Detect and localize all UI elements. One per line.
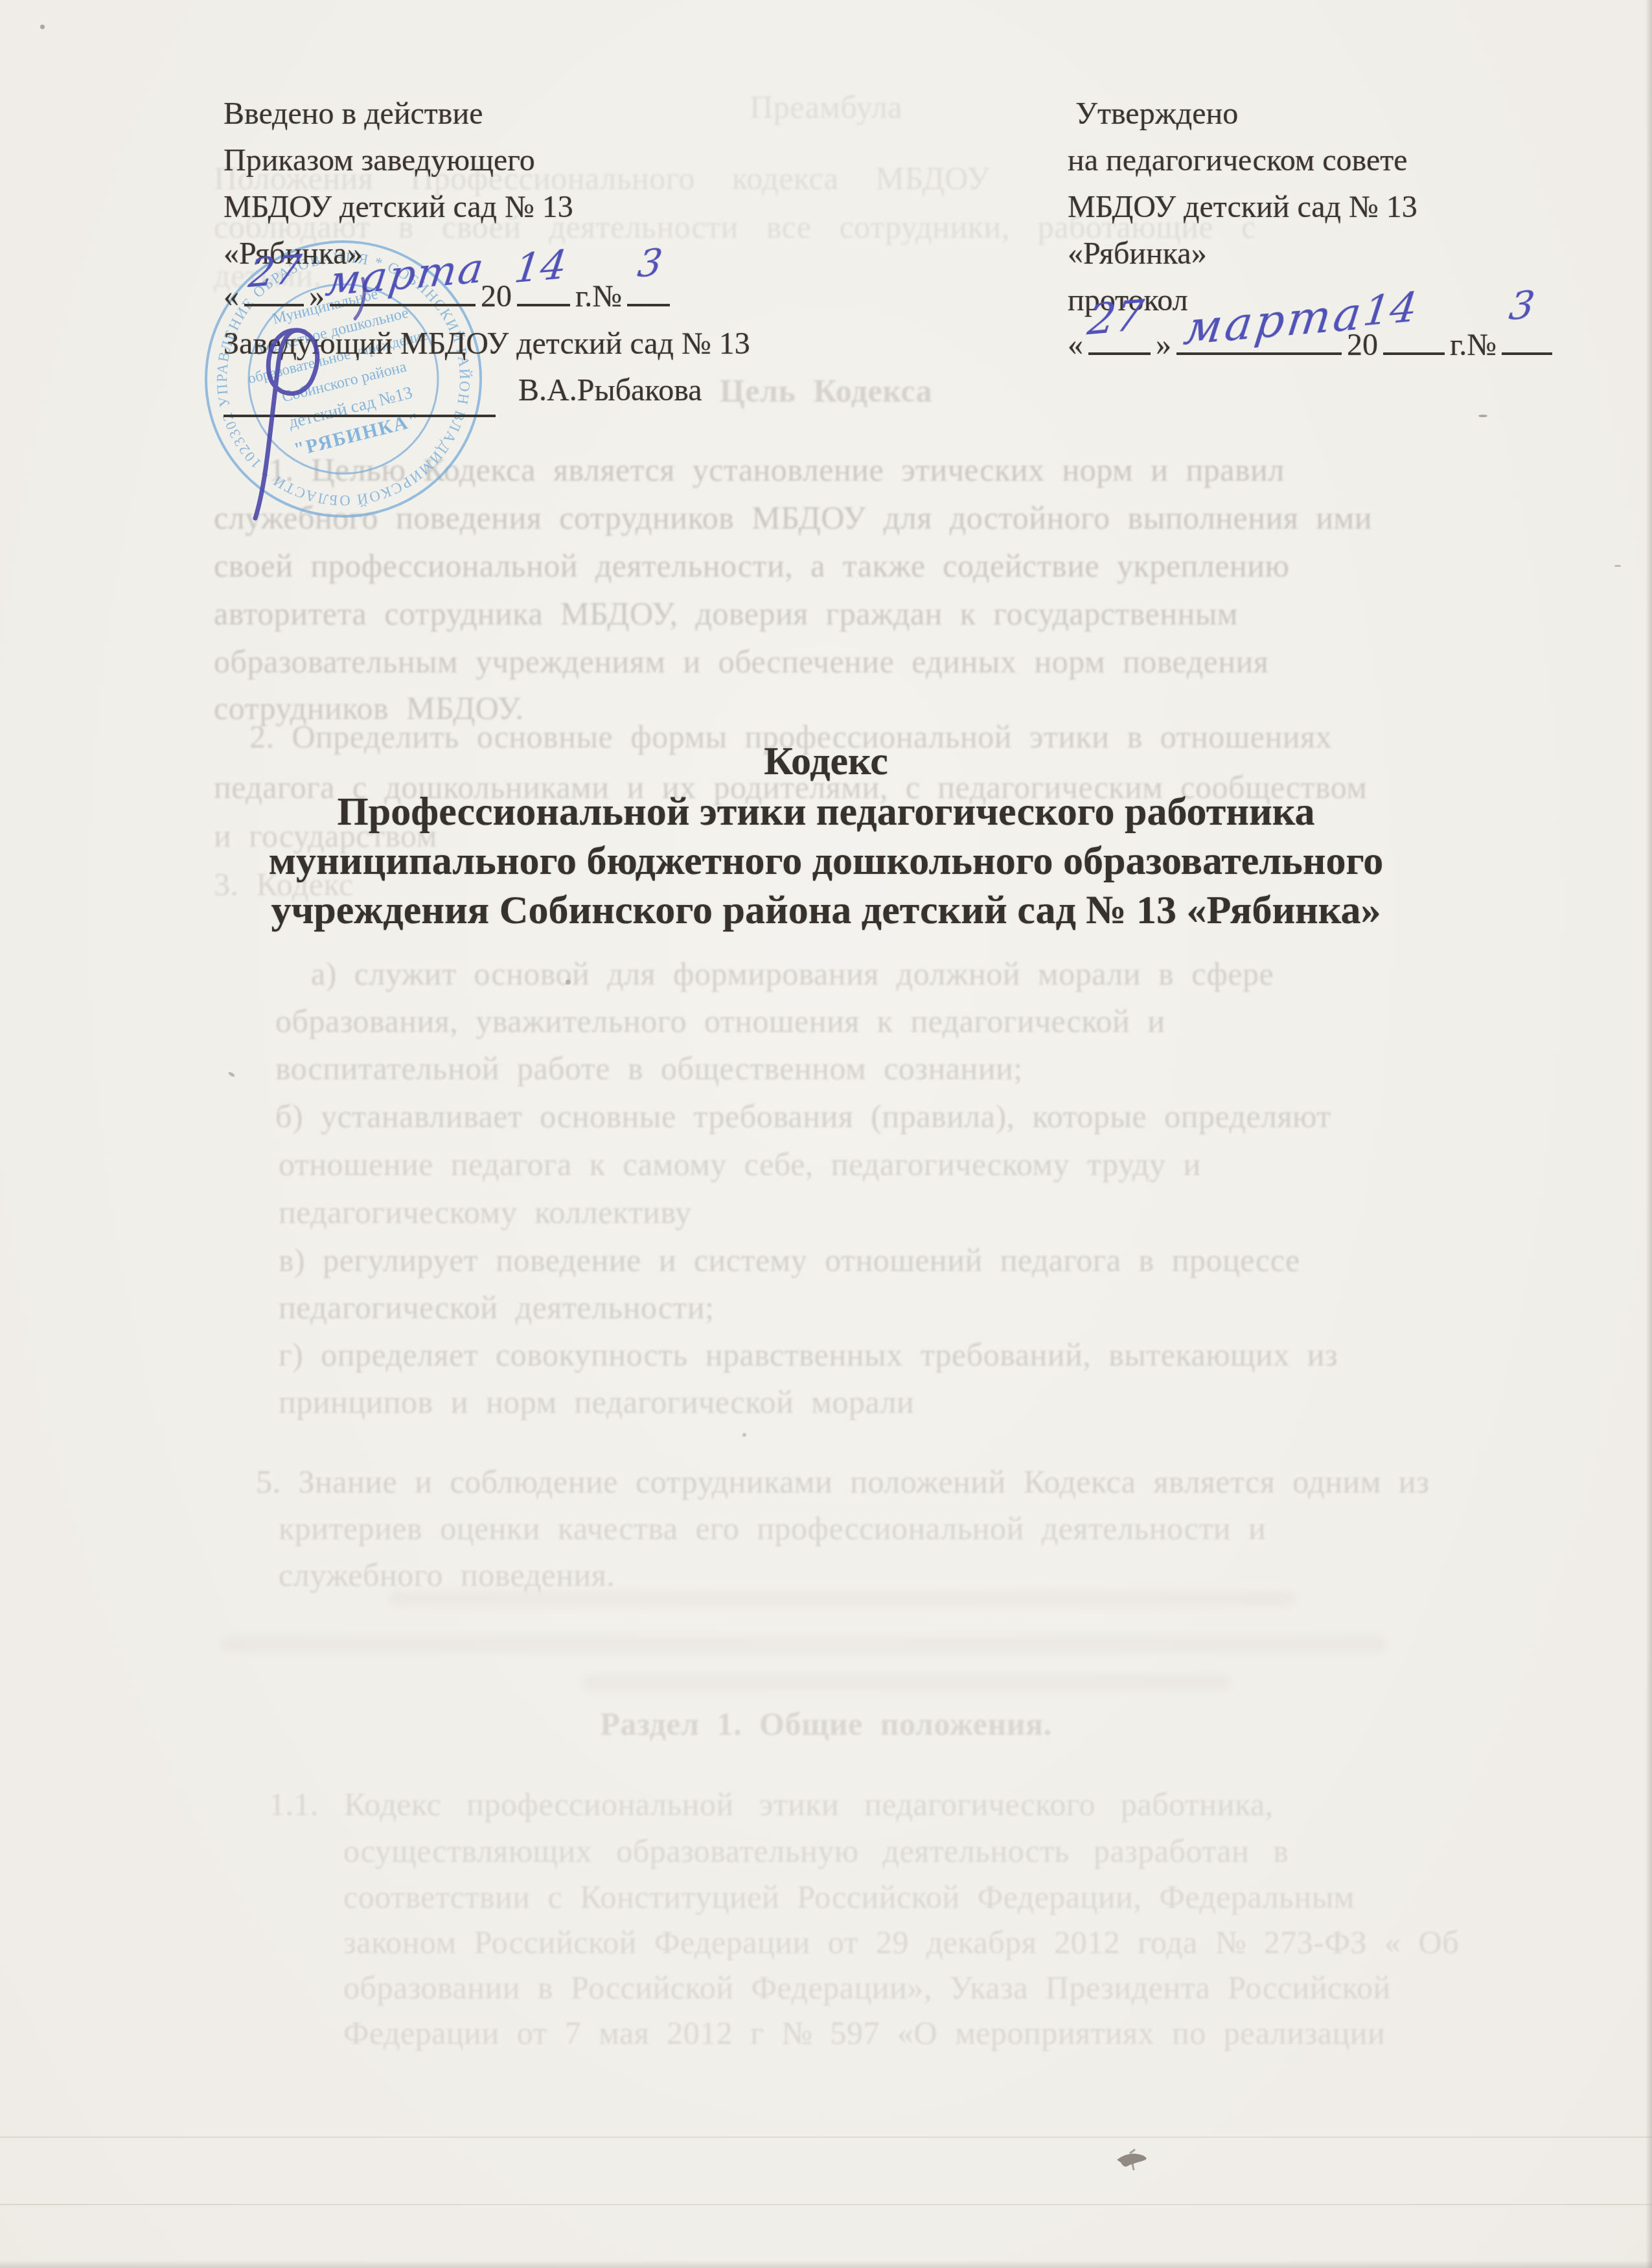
ghost-line: образования, уважительного отношения к п… <box>275 1005 1165 1037</box>
ghost-line: г) определяет совокупность нравственных … <box>279 1338 1338 1371</box>
scan-speck <box>1478 415 1487 417</box>
scanned-document-page: Преамбула Положения Профессионального ко… <box>0 0 1652 2268</box>
intro-line-3: МБДОУ детский сад № 13 <box>224 190 573 225</box>
scan-streak <box>0 2136 1652 2138</box>
handwritten-day-left: 27 <box>246 246 304 297</box>
handwritten-day-right: 27 <box>1085 290 1147 345</box>
ghost-line: отношение педагога к самому себе, педаго… <box>279 1148 1201 1180</box>
ghost-line: воспитательной работе в общественном соз… <box>275 1052 1023 1084</box>
approve-line-4: «Рябинка» <box>1068 237 1207 271</box>
ghost-line: авторитета сотрудника МБДОУ, доверия гра… <box>214 597 1238 630</box>
scan-speck <box>227 1071 235 1078</box>
year-prefix: 20 <box>481 279 512 314</box>
handwritten-number-right: 3 <box>1506 282 1537 330</box>
number-blank <box>1502 328 1552 355</box>
ghost-heading-section1: Раздел 1. Общие положения. <box>0 1708 1652 1740</box>
approve-line-3: МБДОУ детский сад № 13 <box>1068 190 1417 225</box>
scan-speck <box>742 1433 746 1437</box>
ghost-smudge <box>220 1636 1386 1653</box>
title-line-3: муниципального бюджетного дошкольного об… <box>0 838 1652 884</box>
ghost-line: соответствии с Конституцией Российской Ф… <box>343 1881 1355 1913</box>
signature-line <box>224 415 496 417</box>
close-quote: » <box>1156 328 1171 362</box>
ghost-line: осуществляющих образовательную деятельно… <box>343 1835 1289 1867</box>
ghost-line: в) регулирует поведение и систему отноше… <box>279 1244 1300 1276</box>
scan-streak <box>0 2204 1652 2205</box>
ghost-line: а) служит основой для формирования должн… <box>311 957 1274 990</box>
intro-head-name: В.А.Рыбакова <box>518 374 702 408</box>
handwritten-year-left: 14 <box>512 241 569 293</box>
approve-line-1: Утверждено <box>1075 97 1238 132</box>
ghost-line: принципов и норм педагогической морали <box>279 1386 914 1418</box>
ghost-line: педагогическому коллективу <box>279 1196 692 1228</box>
ghost-line: образовательным учреждениям и обеспечени… <box>214 645 1268 678</box>
open-quote: « <box>1068 328 1083 362</box>
ghost-line: 5. Знание и соблюдение сотрудниками поло… <box>256 1465 1429 1498</box>
scan-speck <box>40 25 45 29</box>
intro-line-1: Введено в действие <box>224 97 483 132</box>
ghost-line: педагогической деятельности; <box>279 1291 714 1323</box>
intro-line-2: Приказом заведующего <box>224 144 535 178</box>
close-quote: » <box>309 279 325 314</box>
ghost-smudge <box>583 1675 1231 1691</box>
num-label: г.№ <box>1450 328 1497 362</box>
ghost-line: своей профессиональной деятельности, а т… <box>214 549 1289 582</box>
scan-speck <box>566 979 571 985</box>
ghost-line: критериев оценки качества его профессион… <box>279 1512 1266 1544</box>
ghost-line: Федерации от 7 мая 2012 г № 597 «О мероп… <box>343 2017 1385 2049</box>
title-line-1: Кодекс <box>0 739 1652 785</box>
ghost-line: 1.1. Кодекс профессиональной этики педаг… <box>269 1788 1274 1820</box>
title-line-4: учреждения Собинского района детский сад… <box>0 888 1652 934</box>
scan-speck <box>1614 565 1621 567</box>
num-label: г.№ <box>575 279 622 314</box>
open-quote: « <box>224 279 239 314</box>
ghost-line: б) устанавливает основные требования (пр… <box>275 1100 1331 1132</box>
intro-head-line: Заведующий МБДОУ детский сад № 13 <box>224 327 750 361</box>
ghost-line: законом Российской Федерации от 29 декаб… <box>343 1926 1459 1958</box>
ghost-line: образовании в Российской Федерации», Ука… <box>343 1971 1391 2004</box>
ink-blot-mark <box>1113 2144 1152 2173</box>
ghost-line: служебного поведения. <box>279 1559 615 1591</box>
ghost-smudge <box>389 1590 1296 1607</box>
handwritten-year-right: 14 <box>1360 284 1420 337</box>
title-line-2: Профессиональной этики педагогического р… <box>0 789 1652 835</box>
approve-line-2: на педагогическом совете <box>1068 144 1408 178</box>
